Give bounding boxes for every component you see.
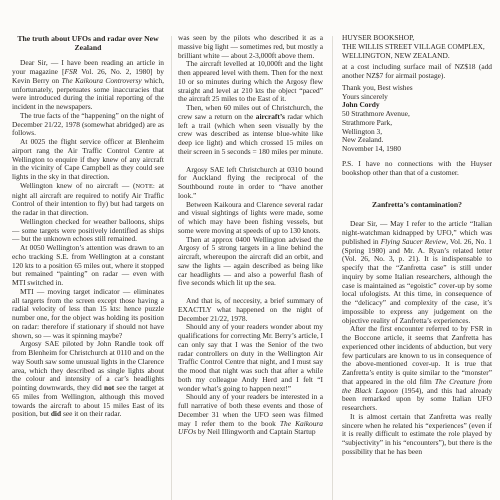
section-heading: Zanfretta’s contamination? bbox=[346, 200, 488, 209]
paragraph: At 0050 Wellington’s attention was drawn… bbox=[12, 244, 164, 288]
text-run: Wellington checked for weather balloons,… bbox=[12, 217, 164, 244]
text-run: Zanfretta’s contamination? bbox=[372, 200, 462, 209]
scanned-letters-page: The truth about UFOs and radar over New … bbox=[0, 0, 500, 500]
column-left: The truth about UFOs and radar over New … bbox=[12, 34, 164, 500]
paragraph: Dear Sir, — May I refer to the article “… bbox=[342, 220, 492, 325]
paragraph: And that is, of neccesity, a brief summa… bbox=[178, 297, 323, 323]
text-run: did bbox=[51, 409, 61, 418]
text-run: not bbox=[104, 383, 114, 392]
text-run: Yours sincerely bbox=[342, 92, 388, 101]
text-run: WELLINGTON, NEW ZEALAND. bbox=[342, 51, 450, 60]
text-line: WELLINGTON, NEW ZEALAND. bbox=[342, 52, 492, 61]
text-run: At 0050 Wellington’s attention was drawn… bbox=[12, 243, 164, 287]
text-run: The Kaikoura Controversy bbox=[62, 76, 142, 85]
column-divider-right bbox=[332, 36, 333, 500]
column-divider-left bbox=[171, 36, 172, 500]
text-run: aircraft’s bbox=[256, 112, 285, 121]
text-run: John Cordy bbox=[342, 100, 380, 109]
text-run: 50 Strathmore Avenue, bbox=[342, 109, 410, 118]
paragraph: Then, when 60 miles out of Christchurch,… bbox=[178, 104, 323, 157]
text-run: was seen by the pilots who described it … bbox=[178, 34, 323, 60]
column-right: HUYSER BOOKSHOP,THE WILLIS STREET VILLAG… bbox=[342, 34, 492, 500]
text-run: see it on their radar. bbox=[61, 409, 121, 418]
text-run: The aircraft levelled at 10,000ft and th… bbox=[178, 59, 323, 103]
text-run: at a cost including surface mail of NZ$1… bbox=[342, 62, 492, 80]
text-run: FSR bbox=[65, 67, 78, 76]
paragraph: Should any of your readers wonder about … bbox=[178, 323, 323, 393]
text-run: Wellington 3, bbox=[342, 127, 382, 136]
text-run: The truth about UFOs and radar over New … bbox=[17, 34, 158, 52]
paragraph: Then at approx 0400 Wellington advised t… bbox=[178, 236, 323, 289]
text-run: MTI — moving target indicator — eliminat… bbox=[12, 287, 164, 340]
paragraph-gap bbox=[342, 177, 492, 200]
text-run: Argosy SAE left Christchurch at 0310 bou… bbox=[178, 165, 323, 200]
paragraph: at a cost including surface mail of NZ$1… bbox=[342, 63, 492, 81]
text-run: by Neil Illingworth and Captain Startup bbox=[196, 427, 315, 436]
paragraph: At 0025 the flight service officer at Bl… bbox=[12, 138, 164, 182]
paragraph: Wellington checked for weather balloons,… bbox=[12, 218, 164, 244]
paragraph: After the first encounter referred to by… bbox=[342, 325, 492, 413]
text-run: November 14, 1980 bbox=[342, 144, 401, 153]
text-run: Between Kaikoura and Clarence several ra… bbox=[178, 200, 323, 235]
text-run: At 0025 the flight service officer at Bl… bbox=[12, 137, 164, 181]
paragraph: Wellington knew of no aircraft — (NOTE: … bbox=[12, 182, 164, 218]
paragraph: It is almost certain that Zanfretta was … bbox=[342, 413, 492, 457]
paragraph: P.S. I have no connections with the Huys… bbox=[342, 160, 492, 178]
text-run: Thank you, Best wishes bbox=[342, 83, 413, 92]
paragraph: was seen by the pilots who described it … bbox=[178, 34, 323, 60]
text-run: NOTE: bbox=[135, 183, 155, 190]
text-line: November 14, 1980 bbox=[342, 145, 492, 154]
paragraph: Dear Sir, — I have been reading an artic… bbox=[12, 59, 164, 112]
paragraph: Between Kaikoura and Clarence several ra… bbox=[178, 201, 323, 236]
column-middle: was seen by the pilots who described it … bbox=[178, 34, 323, 500]
paragraph: The aircraft levelled at 10,000ft and th… bbox=[178, 60, 323, 104]
text-run: THE WILLIS STREET VILLAGE COMPLEX, bbox=[342, 42, 485, 51]
paragraph: Argosy SAE piloted by John Randle took o… bbox=[12, 340, 164, 419]
paragraph: Should any of your readers be interested… bbox=[178, 393, 323, 437]
paragraph: The true facts of the “happening” on the… bbox=[12, 112, 164, 138]
text-run: Then at approx 0400 Wellington advised t… bbox=[178, 235, 323, 288]
text-run: Flying Saucer Review bbox=[381, 237, 446, 246]
text-run: , Vol. 26, No. 1 (Spring 1980) and Mr. A… bbox=[342, 237, 492, 325]
text-run: It is almost certain that Zanfretta was … bbox=[342, 412, 492, 456]
section-heading: The truth about UFOs and radar over New … bbox=[16, 34, 160, 52]
text-run: Wellington knew of no aircraft — ( bbox=[20, 181, 135, 190]
text-run: Strathmore Park, bbox=[342, 118, 392, 127]
text-run: And that is, of neccesity, a brief summa… bbox=[178, 296, 323, 323]
text-run: Should any of your readers wonder about … bbox=[178, 322, 323, 392]
text-run: P.S. I have no connections with the Huys… bbox=[342, 159, 492, 177]
text-run: New Zealand. bbox=[342, 135, 383, 144]
text-run: The true facts of the “happening” on the… bbox=[12, 111, 164, 138]
paragraph: MTI — moving target indicator — eliminat… bbox=[12, 288, 164, 341]
paragraph: Argosy SAE left Christchurch at 0310 bou… bbox=[178, 166, 323, 201]
